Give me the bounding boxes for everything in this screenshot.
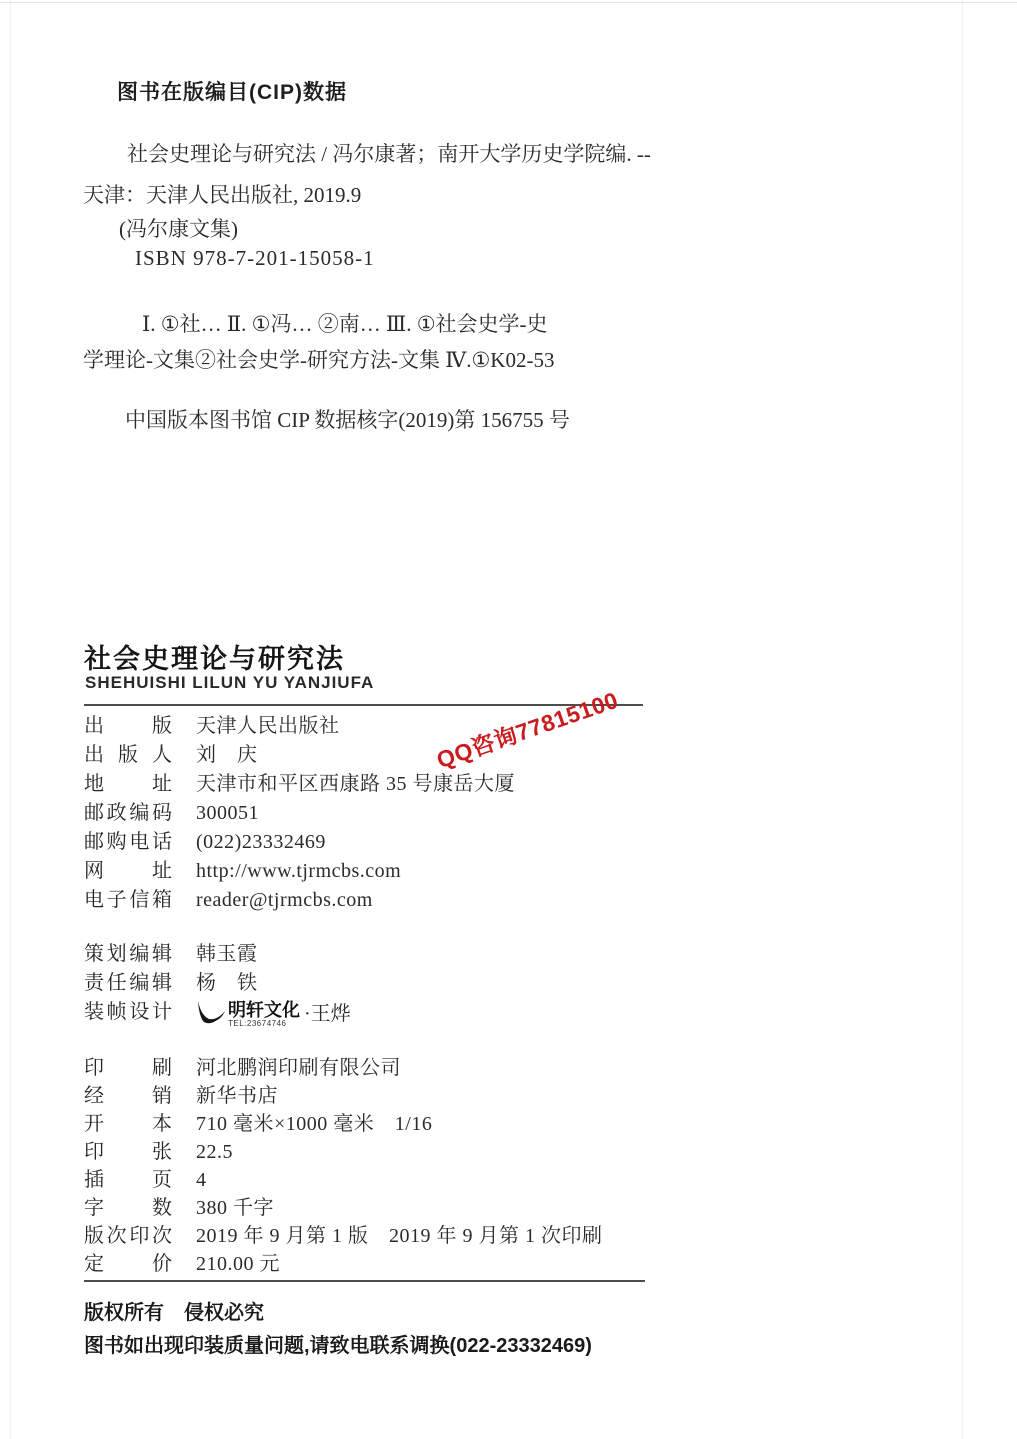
row-label: 电子信箱 (84, 886, 172, 915)
pub-row-website: 网址http://www.tjrmcbs.com (84, 857, 515, 886)
row-label: 开本 (84, 1110, 172, 1138)
print-row-inserts: 插页4 (84, 1166, 603, 1194)
print-row-wordcount: 字数380 千字 (84, 1194, 603, 1222)
row-label: 邮政编码 (84, 799, 172, 828)
scan-edge-top (0, 2, 1017, 3)
row-label: 经销 (84, 1082, 172, 1110)
cip-classification-line1: Ⅰ. ①社… Ⅱ. ①冯… ②南… Ⅲ. ①社会史学-史 (142, 308, 548, 338)
mingxuan-logo-text: 明轩文化 TEL:23674746 (228, 1001, 300, 1028)
cip-entry-line2: 天津：天津人民出版社, 2019.9 (83, 179, 361, 209)
editor-row-planning: 策划编辑韩玉霞 (84, 940, 351, 969)
row-label: 出版人 (84, 741, 172, 770)
designer-name: ·王烨 (304, 1000, 351, 1029)
print-row-distributor: 经销新华书店 (84, 1082, 603, 1110)
pub-row-phone: 邮购电话(022)23332469 (84, 828, 515, 857)
row-label: 装帧设计 (84, 998, 172, 1027)
print-row-sheets: 印张22.5 (84, 1138, 603, 1166)
editor-row-responsible: 责任编辑杨 铁 (84, 969, 351, 998)
row-label: 策划编辑 (84, 940, 172, 969)
pub-row-address: 地址天津市和平区西康路 35 号康岳大厦 (84, 770, 515, 799)
book-title-pinyin: SHEHUISHI LILUN YU YANJIUFA (85, 673, 374, 693)
row-value: 300051 (196, 799, 259, 828)
cip-classification-line2: 学理论-文集②社会史学-研究方法-文集 Ⅳ.①K02-53 (83, 344, 554, 374)
cip-heading: 图书在版编目(CIP)数据 (117, 76, 347, 106)
print-row-format: 开本710 毫米×1000 毫米 1/16 (84, 1110, 603, 1138)
row-value: reader@tjrmcbs.com (196, 886, 373, 915)
row-value: http://www.tjrmcbs.com (196, 857, 401, 886)
scan-edge-right (962, 0, 963, 1439)
editor-row-design: 装帧设计 明轩文化 TEL:23674746 ·王烨 (84, 998, 351, 1034)
logo-name: 明轩文化 (228, 1001, 300, 1019)
row-value: 2019 年 9 月第 1 版 2019 年 9 月第 1 次印刷 (196, 1222, 603, 1250)
book-title: 社会史理论与研究法 (84, 637, 345, 676)
pub-row-email: 电子信箱reader@tjrmcbs.com (84, 886, 515, 915)
print-row-edition: 版次印次2019 年 9 月第 1 版 2019 年 9 月第 1 次印刷 (84, 1222, 603, 1250)
copyright-notice: 版权所有 侵权必究 (84, 1296, 264, 1325)
row-value: 380 千字 (196, 1194, 274, 1222)
row-label: 字数 (84, 1194, 172, 1222)
pub-row-postcode: 邮政编码300051 (84, 799, 515, 828)
row-value: (022)23332469 (196, 828, 326, 857)
print-row-printer: 印刷河北鹏润印刷有限公司 (84, 1054, 603, 1082)
row-value: 710 毫米×1000 毫米 1/16 (196, 1110, 432, 1138)
editor-info: 策划编辑韩玉霞 责任编辑杨 铁 装帧设计 明轩文化 TEL:23674746 ·… (84, 940, 351, 1034)
divider-rule-bottom (84, 1280, 645, 1282)
cip-entry-line1: 社会史理论与研究法 / 冯尔康著；南开大学历史学院编. -- (127, 138, 651, 168)
row-label: 插页 (84, 1166, 172, 1194)
scan-edge-left (10, 0, 11, 1439)
design-credit: 明轩文化 TEL:23674746 ·王烨 (196, 998, 351, 1031)
row-label: 印张 (84, 1138, 172, 1166)
cip-isbn: ISBN 978-7-201-15058-1 (135, 246, 375, 271)
row-label: 出版 (84, 712, 172, 741)
row-value: 22.5 (196, 1138, 233, 1166)
row-label: 邮购电话 (84, 828, 172, 857)
row-label: 版次印次 (84, 1222, 172, 1250)
logo-tel: TEL:23674746 (228, 1020, 300, 1028)
row-label: 定价 (84, 1250, 172, 1278)
mingxuan-logo-swoosh-icon (196, 1000, 226, 1033)
cip-record-number: 中国版本图书馆 CIP 数据核字(2019)第 156755 号 (125, 404, 570, 434)
print-row-price: 定价210.00 元 (84, 1250, 603, 1278)
cip-series: (冯尔康文集) (119, 213, 238, 243)
row-label: 地址 (84, 770, 172, 799)
row-value: 杨 铁 (196, 969, 258, 998)
row-value: 天津市和平区西康路 35 号康岳大厦 (196, 770, 515, 799)
row-value: 天津人民出版社 (196, 712, 340, 741)
row-value: 河北鹏润印刷有限公司 (196, 1054, 401, 1082)
quality-exchange-notice: 图书如出现印装质量问题,请致电联系调换(022-23332469) (84, 1329, 592, 1358)
row-value: 4 (196, 1166, 207, 1194)
colophon-page: 图书在版编目(CIP)数据 社会史理论与研究法 / 冯尔康著；南开大学历史学院编… (0, 0, 1017, 1439)
printing-info: 印刷河北鹏润印刷有限公司 经销新华书店 开本710 毫米×1000 毫米 1/1… (84, 1054, 603, 1278)
row-label: 责任编辑 (84, 969, 172, 998)
row-value: 刘 庆 (196, 741, 258, 770)
row-value: 新华书店 (196, 1082, 278, 1110)
row-label: 网址 (84, 857, 172, 886)
row-value: 210.00 元 (196, 1250, 280, 1278)
row-value: 韩玉霞 (196, 940, 258, 969)
row-label: 印刷 (84, 1054, 172, 1082)
